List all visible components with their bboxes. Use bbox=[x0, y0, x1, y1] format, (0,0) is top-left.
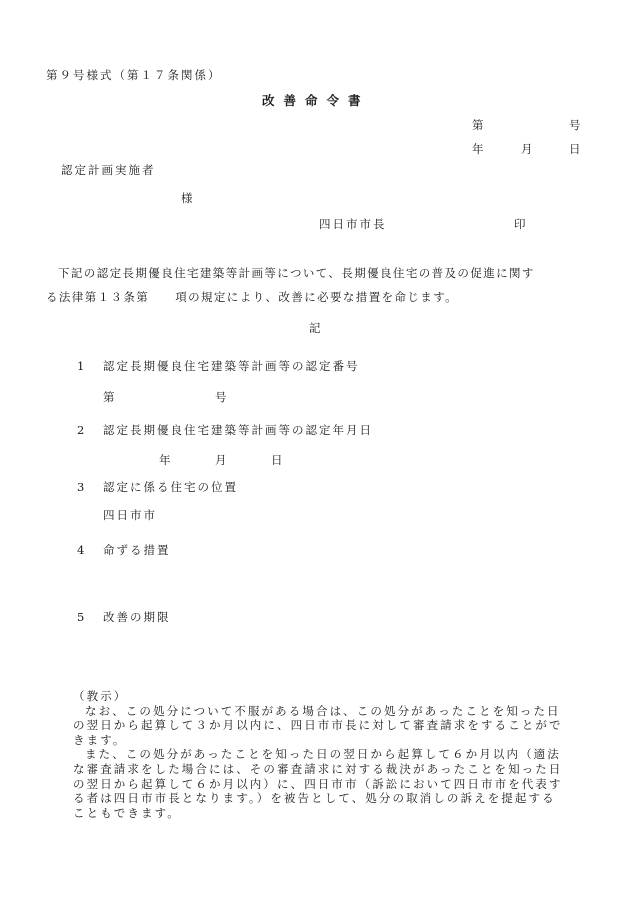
date-month-label: 月 bbox=[521, 144, 533, 156]
order-body-line-2: る法律第１３条第項の規定により、改善に必要な措置を命じます。 bbox=[46, 285, 586, 309]
item-4-number: 4 bbox=[77, 545, 84, 557]
order-body-line-1: 下記の認定長期優良住宅建築等計画等について、長期優良住宅の普及の促進に関す bbox=[46, 261, 586, 285]
date-day-label: 日 bbox=[569, 144, 581, 156]
notice-heading: （教示） bbox=[73, 689, 585, 704]
item-3-number: 3 bbox=[77, 482, 84, 494]
order-body-line-2-part-b: 項の規定により、改善に必要な措置を命じます。 bbox=[175, 290, 458, 304]
notice-para-2-line-5: こともできます。 bbox=[73, 806, 585, 821]
notice-para-1-line-2: の翌日から起算して３か月以内に、四日市市長に対して審査請求をすることがで bbox=[73, 718, 585, 733]
item-1-number: 1 bbox=[77, 361, 84, 373]
item-2-year-label: 年 bbox=[159, 455, 171, 467]
notice-para-1-line-3: きます。 bbox=[73, 733, 585, 748]
item-5-label: 改善の期限 bbox=[103, 612, 171, 624]
date-year-label: 年 bbox=[472, 144, 484, 156]
item-3-location-value: 四日市市 bbox=[103, 510, 157, 522]
item-5-number: 5 bbox=[77, 612, 84, 624]
issuer-name: 四日市市長 bbox=[319, 219, 387, 231]
form-number: 第９号様式（第１７条関係） bbox=[46, 70, 222, 82]
item-1-label: 認定長期優良住宅建築等計画等の認定番号 bbox=[103, 361, 360, 373]
ki-heading: 記 bbox=[309, 323, 321, 335]
document-number-prefix: 第 bbox=[472, 120, 484, 132]
item-1-number-prefix: 第 bbox=[103, 392, 115, 404]
notice-para-2-line-3: の翌日から起算して６か月以内）に、四日市市（訴訟において四日市市を代表す bbox=[73, 777, 585, 792]
item-1-number-suffix: 号 bbox=[215, 392, 227, 404]
document-title: 改善命令書 bbox=[262, 95, 370, 108]
recipient-honorific: 様 bbox=[181, 193, 193, 205]
notice-para-2-line-2: な審査請求をした場合には、その審査請求に対する裁決があったことを知った日 bbox=[73, 762, 585, 777]
order-body-line-2-part-a: る法律第１３条第 bbox=[46, 290, 149, 304]
notice-para-2-line-4: る者は四日市市長となります。）を被告として、処分の取消しの訴えを提起する bbox=[73, 791, 585, 806]
item-2-label: 認定長期優良住宅建築等計画等の認定年月日 bbox=[103, 425, 373, 437]
item-2-month-label: 月 bbox=[215, 455, 227, 467]
document-number-suffix: 号 bbox=[569, 120, 581, 132]
notice-para-2-line-1: また、この処分があったことを知った日の翌日から起算して６か月以内（適法 bbox=[73, 747, 585, 762]
item-2-day-label: 日 bbox=[271, 455, 283, 467]
notice-para-1-line-1: なお、この処分について不服がある場合は、この処分があったことを知った日 bbox=[73, 704, 585, 719]
seal-mark: 印 bbox=[514, 219, 526, 231]
recipient-label: 認定計画実施者 bbox=[61, 165, 156, 177]
item-3-label: 認定に係る住宅の位置 bbox=[103, 482, 238, 494]
item-2-number: 2 bbox=[77, 425, 84, 437]
appeal-notice: （教示） なお、この処分について不服がある場合は、この処分があったことを知った日… bbox=[73, 689, 585, 820]
order-body: 下記の認定長期優良住宅建築等計画等について、長期優良住宅の普及の促進に関す る法… bbox=[46, 261, 586, 309]
item-4-label: 命ずる措置 bbox=[103, 545, 171, 557]
